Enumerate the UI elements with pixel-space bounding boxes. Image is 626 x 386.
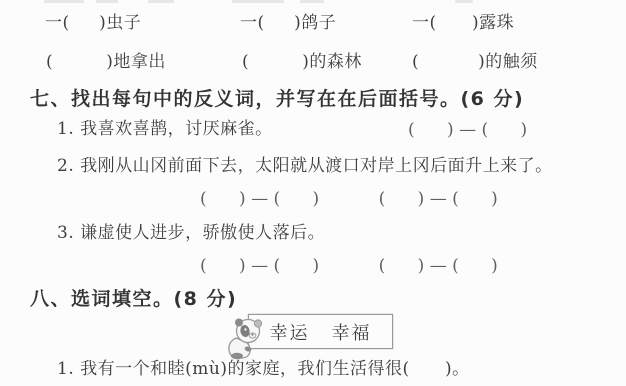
section-seven-heading: 七、找出每句中的反义词，并写在在后面括号。(6 分) <box>30 88 524 110</box>
word-bank-word-2: 幸福 <box>332 319 372 345</box>
crop-mark <box>455 0 473 3</box>
section-eight-item-1: 1. 我有一个和睦(mù)的家庭，我们生活得很( )。 <box>57 358 470 380</box>
crop-mark <box>44 0 84 3</box>
crop-mark <box>96 0 118 3</box>
crop-mark <box>148 0 174 3</box>
crop-mark <box>232 0 284 3</box>
answer-brackets-item-1: ( ) — ( ) <box>408 119 527 141</box>
section-seven-item-2: 2. 我刚从山冈前面下去，太阳就从渡口对岸上冈后面升上来了。 <box>57 155 553 177</box>
section-seven-item-1: 1. 我喜欢喜鹊，讨厌麻雀。 <box>57 118 273 140</box>
fill-blank-item-chongzi: 一( )虫子 <box>45 12 141 34</box>
panda-mascot-icon <box>224 316 270 361</box>
fill-blank-item-luzhu: 一( )露珠 <box>412 12 514 34</box>
fill-blank-item-dinachu: ( )地拿出 <box>46 51 166 73</box>
fill-blank-item-gezi: 一( )鸽子 <box>240 12 336 34</box>
section-eight-heading: 八、选词填空。(8 分) <box>30 288 237 310</box>
word-bank-word-1: 幸运 <box>270 319 310 345</box>
fill-blank-item-chuxu: ( )的触须 <box>412 51 538 73</box>
fill-blank-item-senlin: ( )的森林 <box>242 51 362 73</box>
answer-brackets-item-2: ( ) — ( ) ( ) — ( ) <box>200 188 498 210</box>
section-seven-item-3: 3. 谦虚使人进步，骄傲使人落后。 <box>57 222 325 244</box>
answer-brackets-item-3: ( ) — ( ) ( ) — ( ) <box>200 255 498 277</box>
worksheet-page: 一( )虫子 一( )鸽子 一( )露珠 ( )地拿出 ( )的森林 ( )的触… <box>0 0 626 386</box>
crop-mark <box>300 0 324 3</box>
